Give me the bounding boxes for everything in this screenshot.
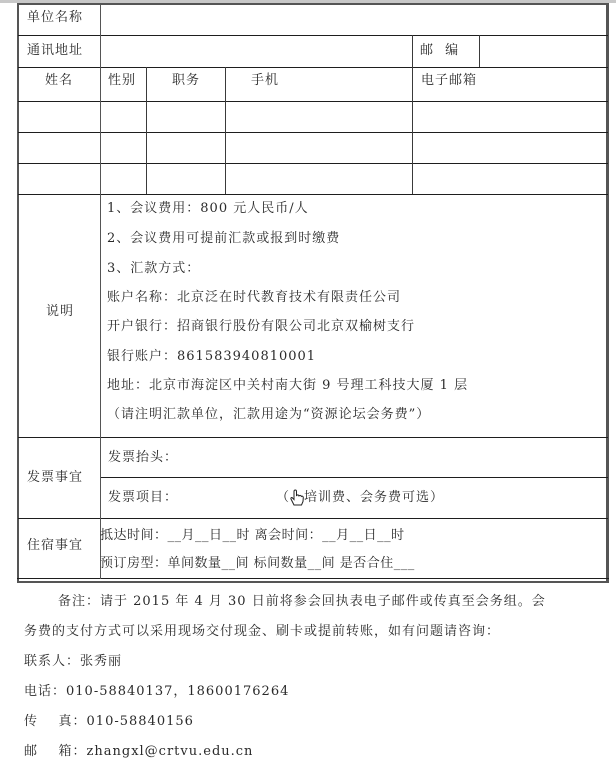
registration-form-table: 单位名称 通讯地址 邮 编 姓名 性别 职务 手机 电子邮箱 说明 1、会议费用… xyxy=(0,0,616,590)
attendee-gender-field[interactable] xyxy=(102,103,145,131)
postcode-field[interactable] xyxy=(481,37,605,66)
hint-paren: （ xyxy=(276,490,290,505)
table-border-right xyxy=(606,3,609,583)
row-line xyxy=(101,477,608,478)
notes-line-1: 备注：请于 2015 年 4 月 30 日前将参会回执表电子邮件或传真至会务组。… xyxy=(58,594,546,610)
address-field[interactable] xyxy=(102,37,411,66)
col-line xyxy=(146,67,147,194)
column-header-email: 电子邮箱 xyxy=(421,73,477,89)
attendee-mobile-field[interactable] xyxy=(227,134,411,162)
attendee-gender-field[interactable] xyxy=(102,165,145,193)
bank-account: 银行账户：861583940810001 xyxy=(107,349,316,365)
bank-name: 开户银行：招商银行股份有限公司北京双榆树支行 xyxy=(107,319,415,335)
invoice-title-field[interactable] xyxy=(180,440,605,476)
lodging-label: 住宿事宜 xyxy=(27,538,83,554)
col-line xyxy=(225,67,226,194)
table-border-top xyxy=(17,3,609,5)
column-header-mobile: 手机 xyxy=(251,73,279,89)
col-line xyxy=(479,35,480,67)
hint-text: 培训费、会务费可选） xyxy=(304,490,444,505)
attendee-name-field[interactable] xyxy=(19,165,99,193)
invoice-item-label: 发票项目： xyxy=(108,490,178,506)
room-booking[interactable]: 预订房型：单间数量__间 标间数量__间 是否合住___ xyxy=(100,556,415,572)
contact-phone: 电话：010-58840137，18600176264 xyxy=(24,684,289,700)
attendee-name-field[interactable] xyxy=(19,103,99,131)
attendee-gender-field[interactable] xyxy=(102,134,145,162)
attendee-name-field[interactable] xyxy=(19,134,99,162)
unit-name-field[interactable] xyxy=(102,6,605,34)
explanation-line-1: 1、会议费用：800 元人民币/人 xyxy=(107,201,309,217)
row-line xyxy=(18,67,608,68)
table-border-left xyxy=(17,3,19,583)
explanation-line-3: 3、汇款方式： xyxy=(107,261,200,277)
column-header-name: 姓名 xyxy=(45,73,73,89)
column-header-position: 职务 xyxy=(172,73,200,89)
table-border-bottom-outer xyxy=(17,581,609,583)
attendee-position-field[interactable] xyxy=(148,134,224,162)
attendee-position-field[interactable] xyxy=(148,103,224,131)
invoice-item-hint: （培训费、会务费可选） xyxy=(276,490,444,506)
attendee-position-field[interactable] xyxy=(148,165,224,193)
attendee-mobile-field[interactable] xyxy=(227,103,411,131)
arrival-departure-times[interactable]: 抵达时间：__月__日__时 离会时间：__月__日__时 xyxy=(100,528,405,544)
col-line xyxy=(100,4,101,579)
row-line xyxy=(18,437,608,438)
unit-name-label: 单位名称 xyxy=(27,10,83,26)
col-line xyxy=(412,35,413,194)
table-border-bottom-inner xyxy=(17,578,609,579)
bank-address: 地址：北京市海淀区中关村南大街 9 号理工科技大厦 1 层 xyxy=(107,378,468,394)
row-line xyxy=(18,194,608,195)
column-header-gender: 性别 xyxy=(108,73,136,89)
row-line xyxy=(18,163,608,164)
invoice-title-label: 发票抬头： xyxy=(108,450,178,466)
postcode-label: 邮 编 xyxy=(420,43,462,59)
attendee-email-field[interactable] xyxy=(414,103,605,131)
contact-fax: 传 真：010-58840156 xyxy=(24,714,194,730)
invoice-label: 发票事宜 xyxy=(27,470,83,486)
attendee-mobile-field[interactable] xyxy=(227,165,411,193)
address-label: 通讯地址 xyxy=(27,43,83,59)
row-line xyxy=(18,518,608,519)
contact-email[interactable]: 邮 箱：zhangxl@crtvu.edu.cn xyxy=(24,744,253,760)
account-name: 账户名称：北京泛在时代教育技术有限责任公司 xyxy=(107,290,401,306)
contact-person: 联系人：张秀丽 xyxy=(24,654,122,670)
remittance-note: （请注明汇款单位，汇款用途为“资源论坛会务费”） xyxy=(107,407,430,423)
row-line xyxy=(18,101,608,102)
attendee-email-field[interactable] xyxy=(414,134,605,162)
attendee-email-field[interactable] xyxy=(414,165,605,193)
notes-line-2: 务费的支付方式可以采用现场交付现金、刷卡或提前转账，如有问题请咨询： xyxy=(24,624,500,640)
explanation-line-2: 2、会议费用可提前汇款或报到时缴费 xyxy=(107,231,340,247)
row-line xyxy=(18,35,608,36)
explanation-label: 说明 xyxy=(46,304,74,320)
row-line xyxy=(18,132,608,133)
